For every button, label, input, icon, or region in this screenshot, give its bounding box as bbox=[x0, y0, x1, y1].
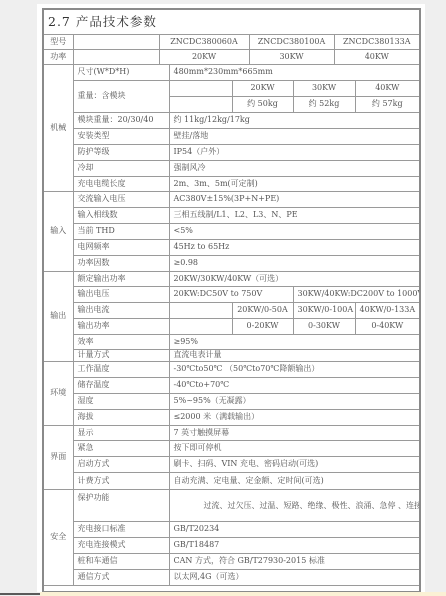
table-row: 紧急 按下即可停机 bbox=[43, 440, 420, 456]
row-value: 45Hz to 65Hz bbox=[169, 239, 420, 255]
row-value: <5% bbox=[169, 223, 420, 239]
table-row: 湿度 5%~95%（无凝露） bbox=[43, 393, 420, 409]
table-row: 充电连接模式 GB/T18487 bbox=[43, 537, 420, 553]
row-value: ≤2000 米（满载输出） bbox=[169, 409, 420, 425]
row-value: 壁挂/落地 bbox=[169, 128, 420, 144]
table-row: 效率 ≥95% bbox=[43, 334, 420, 349]
row-value: ≥0.98 bbox=[169, 255, 420, 271]
group-label-input: 输入 bbox=[43, 191, 73, 271]
row-value: GB/T20234 bbox=[169, 521, 420, 537]
table-row: 计费方式 自动充满、定电量、定金额、定时间(可选) bbox=[43, 472, 420, 489]
power-cell: 30KW bbox=[249, 49, 334, 64]
row-label: 输出功率 bbox=[73, 318, 169, 334]
row-label: 效率 bbox=[73, 334, 169, 349]
row-value: 强制风冷 bbox=[169, 160, 420, 176]
row-value: 按下即可停机 bbox=[169, 440, 420, 456]
row-value: 约 11kg/12kg/17kg bbox=[169, 112, 420, 128]
row-label: 保护功能 bbox=[73, 489, 169, 521]
row-label: 输出电压 bbox=[73, 286, 169, 302]
row-value: -40℃to+70℃ bbox=[169, 377, 420, 393]
row-value: 刷卡、扫码、VIN 充电、密码启动(可选) bbox=[169, 456, 420, 472]
power-blank-cell bbox=[73, 49, 159, 64]
row-label: 启动方式 bbox=[73, 456, 169, 472]
row-label: 计费方式 bbox=[73, 472, 169, 489]
table-row: 输出电流 20KW/0-50A 30KW/0-100A 40KW/0-133A bbox=[43, 302, 420, 318]
row-value: IP54（户外） bbox=[169, 144, 420, 160]
table-row: 模块重量：20/30/40 约 11kg/12kg/17kg bbox=[43, 112, 420, 128]
model-cell: ZNCDC380060A bbox=[159, 34, 249, 49]
table-row: 安装类型 壁挂/落地 bbox=[43, 128, 420, 144]
row-value: 20KW/0-50A bbox=[232, 302, 293, 318]
row-value: 20KW:DC50V to 750V bbox=[169, 286, 293, 302]
table-row: 机械 尺寸(W*D*H) 480mm*230mm*665mm bbox=[43, 64, 420, 80]
model-cell: ZNCDC380133A bbox=[334, 34, 420, 49]
row-value: 480mm*230mm*665mm bbox=[169, 64, 420, 80]
row-value-protection: 过流、过欠压、过温、短路、绝缘、极性、浪涌、急停 、连接异常报警等 bbox=[169, 489, 420, 521]
weight-header: 40KW bbox=[355, 80, 420, 96]
row-label: 输出电流 bbox=[73, 302, 169, 318]
protection-text: 过流、过欠压、过温、短路、绝缘、极性、浪涌、急停 、连接异常报警等 bbox=[204, 501, 421, 510]
row-label: 电网频率 bbox=[73, 239, 169, 255]
row-label: 海拔 bbox=[73, 409, 169, 425]
row-label: 通信方式 bbox=[73, 569, 169, 585]
table-row: 电网频率 45Hz to 65Hz bbox=[43, 239, 420, 255]
table-row: 输出电压 20KW:DC50V to 750V 30KW/40KW:DC200V… bbox=[43, 286, 420, 302]
trailing-blank-row bbox=[43, 585, 420, 592]
row-label: 工作温度 bbox=[73, 361, 169, 377]
row-value: CAN 方式，符合 GB/T27930-2015 标准 bbox=[169, 553, 420, 569]
table-row: 输入相线数 三相五线制/L1、L2、L3、N、PE bbox=[43, 207, 420, 223]
group-label-interface: 界面 bbox=[43, 425, 73, 489]
row-label: 防护等级 bbox=[73, 144, 169, 160]
group-label-environment: 环境 bbox=[43, 361, 73, 425]
title-row: 2.7 产品技术参数 bbox=[43, 9, 420, 34]
table-row: 防护等级 IP54（户外） bbox=[43, 144, 420, 160]
row-label: 充电连接模式 bbox=[73, 537, 169, 553]
blank-cell bbox=[169, 96, 232, 112]
weight-header: 20KW bbox=[232, 80, 293, 96]
weight-value: 约 57kg bbox=[355, 96, 420, 112]
table-row: 充电接口标准 GB/T20234 bbox=[43, 521, 420, 537]
model-blank-cell bbox=[73, 34, 159, 49]
blank-cell bbox=[169, 302, 232, 318]
bottom-highlight-band bbox=[40, 592, 446, 596]
table-row: 充电电缆长度 2m、3m、5m(可定制) bbox=[43, 176, 420, 191]
row-label: 模块重量：20/30/40 bbox=[73, 112, 169, 128]
row-value: 2m、3m、5m(可定制) bbox=[169, 176, 420, 191]
row-value: 5%~95%（无凝露） bbox=[169, 393, 420, 409]
model-label: 型号 bbox=[43, 34, 73, 49]
weight-value: 约 50kg bbox=[232, 96, 293, 112]
weight-value: 约 52kg bbox=[293, 96, 355, 112]
page-title: 2.7 产品技术参数 bbox=[43, 9, 420, 34]
row-label: 充电接口标准 bbox=[73, 521, 169, 537]
row-label: 显示 bbox=[73, 425, 169, 440]
power-cell: 20KW bbox=[159, 49, 249, 64]
group-label-mechanical: 机械 bbox=[43, 64, 73, 191]
row-label: 交流输入电压 bbox=[73, 191, 169, 207]
row-label: 安装类型 bbox=[73, 128, 169, 144]
model-cell: ZNCDC380100A bbox=[249, 34, 334, 49]
row-value: GB/T18487 bbox=[169, 537, 420, 553]
table-row: 计量方式 直流电表计量 bbox=[43, 349, 420, 361]
power-cell: 40KW bbox=[334, 49, 420, 64]
row-value: AC380V±15%(3P+N+PE) bbox=[169, 191, 420, 207]
row-value: 0-20KW bbox=[232, 318, 293, 334]
row-label: 额定输出功率 bbox=[73, 271, 169, 286]
row-value: 30KW/40KW:DC200V to 1000V bbox=[293, 286, 420, 302]
weight-header: 30KW bbox=[293, 80, 355, 96]
row-value: -30℃to50℃ （50℃to70℃降额输出） bbox=[169, 361, 420, 377]
blank-cell bbox=[169, 318, 232, 334]
table-row: 功率因数 ≥0.98 bbox=[43, 255, 420, 271]
group-label-safety: 安全 bbox=[43, 489, 73, 585]
table-row: 输出 额定输出功率 20KW/30KW/40KW（可选） bbox=[43, 271, 420, 286]
row-value: 40KW/0-133A bbox=[355, 302, 420, 318]
table-row: 储存温度 -40℃to+70℃ bbox=[43, 377, 420, 393]
spec-table: 2.7 产品技术参数 型号 ZNCDC380060A ZNCDC380100A … bbox=[42, 8, 421, 593]
table-row: 输出功率 0-20KW 0-30KW 0-40KW bbox=[43, 318, 420, 334]
blank-cell bbox=[43, 585, 420, 592]
row-label: 重量：含模块 bbox=[73, 80, 169, 112]
row-label: 储存温度 bbox=[73, 377, 169, 393]
row-label: 充电电缆长度 bbox=[73, 176, 169, 191]
table-row: 桩和车通信 CAN 方式，符合 GB/T27930-2015 标准 bbox=[43, 553, 420, 569]
blank-cell bbox=[169, 80, 232, 96]
row-label: 功率因数 bbox=[73, 255, 169, 271]
table-row: 冷却 强制风冷 bbox=[43, 160, 420, 176]
row-label: 湿度 bbox=[73, 393, 169, 409]
row-label: 桩和车通信 bbox=[73, 553, 169, 569]
bottom-divider bbox=[0, 593, 40, 595]
row-label: 当前 THD bbox=[73, 223, 169, 239]
table-row: 海拔 ≤2000 米（满载输出） bbox=[43, 409, 420, 425]
row-label: 尺寸(W*D*H) bbox=[73, 64, 169, 80]
power-row: 功率 20KW 30KW 40KW bbox=[43, 49, 420, 64]
row-value: ≥95% bbox=[169, 334, 420, 349]
row-label: 冷却 bbox=[73, 160, 169, 176]
table-row: 重量：含模块 20KW 30KW 40KW bbox=[43, 80, 420, 96]
table-row: 环境 工作温度 -30℃to50℃ （50℃to70℃降额输出） bbox=[43, 361, 420, 377]
table-row: 安全 保护功能 过流、过欠压、过温、短路、绝缘、极性、浪涌、急停 、连接异常报警… bbox=[43, 489, 420, 521]
row-label: 输入相线数 bbox=[73, 207, 169, 223]
row-value: 以太网,4G（可选） bbox=[169, 569, 420, 585]
row-value: 0-30KW bbox=[293, 318, 355, 334]
table-row: 输入 交流输入电压 AC380V±15%(3P+N+PE) bbox=[43, 191, 420, 207]
row-value: 0-40KW bbox=[355, 318, 420, 334]
row-value: 三相五线制/L1、L2、L3、N、PE bbox=[169, 207, 420, 223]
table-row: 当前 THD <5% bbox=[43, 223, 420, 239]
row-value: 自动充满、定电量、定金额、定时间(可选) bbox=[169, 472, 420, 489]
group-label-output: 输出 bbox=[43, 271, 73, 361]
row-value: 30KW/0-100A bbox=[293, 302, 355, 318]
row-value: 直流电表计量 bbox=[169, 349, 420, 361]
row-label: 计量方式 bbox=[73, 349, 169, 361]
row-value: 7 英寸触摸屏幕 bbox=[169, 425, 420, 440]
row-value: 20KW/30KW/40KW（可选） bbox=[169, 271, 420, 286]
model-row: 型号 ZNCDC380060A ZNCDC380100A ZNCDC380133… bbox=[43, 34, 420, 49]
table-row: 启动方式 刷卡、扫码、VIN 充电、密码启动(可选) bbox=[43, 456, 420, 472]
table-row: 通信方式 以太网,4G（可选） bbox=[43, 569, 420, 585]
power-label: 功率 bbox=[43, 49, 73, 64]
row-label: 紧急 bbox=[73, 440, 169, 456]
table-row: 界面 显示 7 英寸触摸屏幕 bbox=[43, 425, 420, 440]
